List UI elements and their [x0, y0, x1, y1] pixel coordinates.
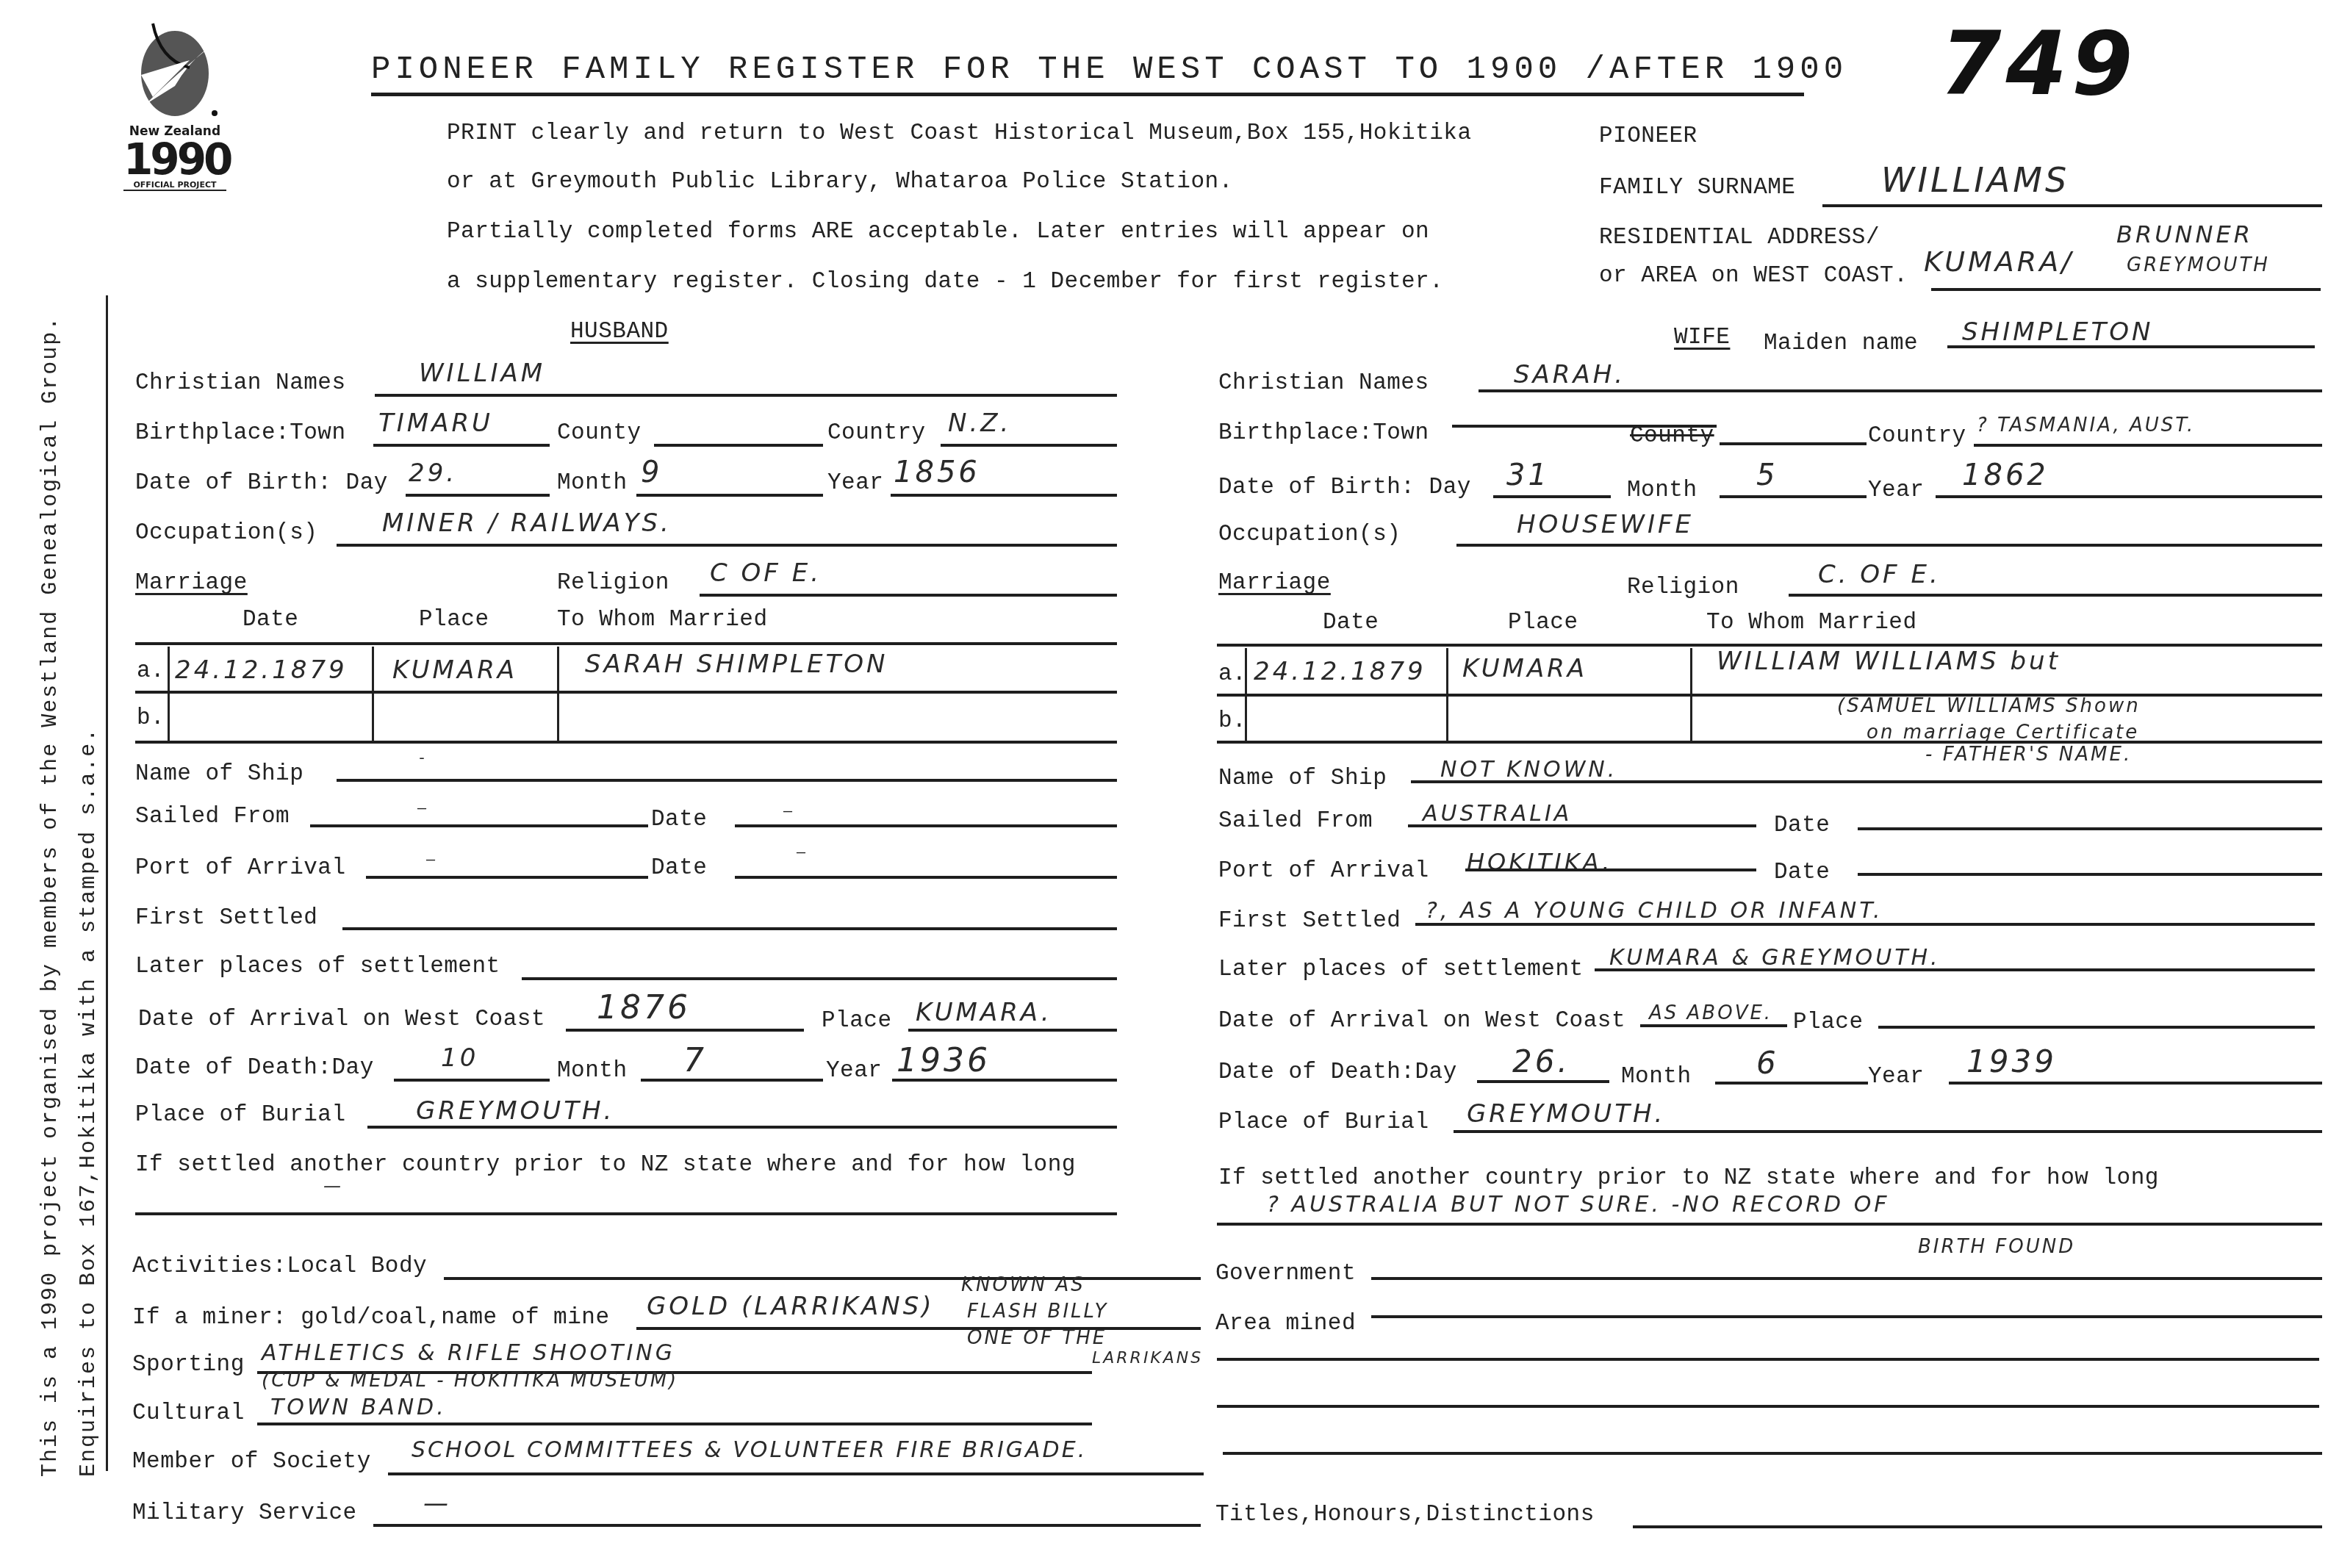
husband-dod-day[interactable]: 10	[441, 1043, 478, 1073]
field-line	[1949, 1082, 2322, 1085]
wife-country[interactable]: ? TASMANIA, AUST.	[1977, 414, 2195, 436]
field-line	[654, 444, 823, 447]
husband-prior-country[interactable]: —	[323, 1176, 344, 1196]
field-line	[891, 494, 1117, 497]
address-label: RESIDENTIAL ADDRESS/	[1599, 225, 1880, 251]
miner-note: KNOWN AS	[961, 1274, 1085, 1296]
field-line	[257, 1423, 1092, 1425]
husband-dod-month[interactable]: 7	[683, 1042, 707, 1079]
address-label: or AREA on WEST COAST.	[1599, 263, 1908, 289]
field-line	[1720, 495, 1867, 498]
husband-dob-month[interactable]: 9	[641, 456, 662, 489]
wife-ship[interactable]: NOT KNOWN.	[1440, 757, 1617, 783]
wife-later-places[interactable]: KUMARA & GREYMOUTH.	[1609, 945, 1941, 971]
wife-arrival-place-label: Place	[1793, 1010, 1864, 1035]
husband-marriage-row-a: a.	[137, 658, 165, 684]
husband-arrival[interactable]: 1876	[597, 989, 691, 1026]
field-line	[1493, 495, 1611, 498]
field-line	[641, 1079, 823, 1082]
wife-maiden-name[interactable]: SHIMPLETON	[1962, 317, 2153, 347]
husband-occupation-label: Occupation(s)	[135, 520, 317, 546]
address-value-extra: BRUNNER	[2116, 220, 2253, 248]
nz-1990-logo: New Zealand 1990 OFFICIAL PROJECT	[123, 16, 226, 191]
field-line	[735, 824, 1117, 827]
surname-label: FAMILY SURNAME	[1599, 175, 1795, 201]
field-line	[522, 977, 1117, 980]
wife-port-label: Port of Arrival	[1218, 858, 1429, 884]
wife-dob-year-label: Year	[1868, 478, 1924, 503]
husband-country[interactable]: N.Z.	[948, 409, 1011, 438]
husband-marriage-spouse[interactable]: SARAH SHIMPLETON	[585, 650, 888, 679]
surname-field-line	[1822, 204, 2322, 207]
husband-ship[interactable]: -	[417, 751, 427, 768]
wife-dob-year[interactable]: 1862	[1962, 458, 2049, 492]
field-line	[373, 444, 550, 447]
husband-dob-day[interactable]: 29.	[409, 458, 457, 488]
wife-dob-month-label: Month	[1627, 478, 1697, 503]
husband-religion[interactable]: C OF E.	[710, 558, 822, 588]
wife-arrival[interactable]: AS ABOVE.	[1649, 1002, 1772, 1024]
field-line	[1858, 873, 2322, 876]
wife-ship-label: Name of Ship	[1218, 766, 1387, 791]
wife-marriage-col-place: Place	[1508, 610, 1578, 636]
wife-maiden-label: Maiden name	[1764, 331, 1918, 356]
field-line	[1789, 594, 2322, 597]
miner-label: If a miner: gold/coal,name of mine	[132, 1305, 610, 1331]
wife-dod-month[interactable]: 6	[1756, 1045, 1779, 1081]
table-line	[135, 741, 1117, 744]
wife-burial-label: Place of Burial	[1218, 1110, 1429, 1135]
wife-marriage-label: Marriage	[1218, 570, 1331, 596]
wife-first-settled-label: First Settled	[1218, 908, 1401, 934]
field-line	[1371, 1315, 2322, 1318]
husband-marriage-label: Marriage	[135, 570, 248, 596]
husband-ship-label: Name of Ship	[135, 761, 303, 787]
husband-marriage-place[interactable]: KUMARA	[392, 655, 517, 685]
society-label: Member of Society	[132, 1449, 371, 1475]
field-line	[1479, 389, 2322, 392]
society[interactable]: SCHOOL COMMITTEES & VOLUNTEER FIRE BRIGA…	[412, 1437, 1087, 1463]
wife-heading: WIFE	[1674, 325, 1730, 350]
wife-marriage-date[interactable]: 24.12.1879	[1254, 657, 1426, 686]
wife-religion-label: Religion	[1627, 575, 1739, 600]
wife-country-label: Country	[1868, 423, 1966, 449]
husband-occupation[interactable]: MINER / RAILWAYS.	[382, 508, 672, 538]
wife-first-settled[interactable]: ?, AS A YOUNG CHILD OR INFANT.	[1426, 898, 1883, 924]
instruction-line: PRINT clearly and return to West Coast H…	[447, 121, 1472, 146]
husband-prior-country-label: If settled another country prior to NZ s…	[135, 1152, 1076, 1178]
husband-dod-year-label: Year	[826, 1058, 882, 1084]
table-line	[135, 642, 1117, 645]
field-line	[1595, 968, 2315, 971]
wife-prior-country-label: If settled another country prior to NZ s…	[1218, 1165, 2159, 1191]
husband-dob-month-label: Month	[557, 470, 628, 496]
field-line	[941, 444, 1117, 447]
table-line	[1217, 741, 2322, 744]
husband-port-date[interactable]: —	[797, 845, 806, 862]
table-line	[135, 691, 1117, 694]
instruction-line: or at Greymouth Public Library, Whataroa…	[447, 169, 1233, 195]
sporting-note: (CUP & MEDAL - HOKITIKA MUSEUM)	[262, 1370, 678, 1392]
husband-marriage-col-date: Date	[242, 607, 298, 633]
wife-marriage-col-spouse: To Whom Married	[1706, 610, 1917, 636]
area-mined-label: Area mined	[1215, 1311, 1356, 1337]
husband-heading: HUSBAND	[570, 319, 669, 345]
wife-dob-day[interactable]: 31	[1506, 458, 1550, 492]
husband-birthplace-label: Birthplace:Town	[135, 420, 346, 446]
wife-christian-names-label: Christian Names	[1218, 370, 1429, 396]
address-field-line	[1931, 288, 2321, 291]
address-value[interactable]: KUMARA/	[1924, 245, 2074, 278]
wife-dod-label: Date of Death:Day	[1218, 1060, 1457, 1085]
instruction-line: Partially completed forms ARE acceptable…	[447, 219, 1429, 245]
wife-marriage-spouse[interactable]: WILLIAM WILLIAMS but	[1717, 647, 2061, 676]
husband-marriage-col-place: Place	[419, 607, 489, 633]
field-line	[1454, 1130, 2322, 1133]
field-line	[1878, 1026, 2315, 1029]
field-line	[1456, 544, 2322, 547]
field-line	[1633, 1525, 2322, 1528]
field-line	[337, 544, 1117, 547]
husband-dob-label: Date of Birth: Day	[135, 470, 388, 496]
titles-label: Titles,Honours,Distinctions	[1215, 1502, 1595, 1528]
wife-county-label: County	[1630, 423, 1714, 449]
wife-marriage-note: - FATHER'S NAME.	[1925, 744, 2132, 766]
husband-sailed-from-label: Sailed From	[135, 804, 290, 830]
mine-name[interactable]: GOLD (LARRIKANS)	[647, 1292, 935, 1321]
husband-dob-year[interactable]: 1856	[894, 456, 980, 489]
husband-sailed-from[interactable]: —	[417, 801, 427, 818]
field-line	[1217, 1223, 2322, 1226]
field-line	[388, 1472, 1204, 1475]
wife-prior-country-note: BIRTH FOUND	[1918, 1236, 2075, 1258]
wife-religion[interactable]: C. OF E.	[1818, 560, 1941, 589]
wife-sailed-date-label: Date	[1774, 813, 1830, 838]
wife-marriage-note: (SAMUEL WILLIAMS Shown	[1837, 695, 2141, 717]
wife-dob-label: Date of Birth: Day	[1218, 475, 1471, 500]
field-line	[367, 1126, 1117, 1129]
wife-occupation[interactable]: HOUSEWIFE	[1517, 510, 1694, 539]
wife-arrival-label: Date of Arrival on West Coast	[1218, 1008, 1625, 1034]
government-label: Government	[1215, 1261, 1356, 1287]
field-line	[735, 876, 1117, 879]
table-line	[1217, 694, 2322, 697]
field-line	[1465, 868, 1756, 871]
field-line	[135, 1212, 1117, 1215]
sidebar-divider	[106, 295, 108, 1471]
husband-christian-names-label: Christian Names	[135, 370, 346, 396]
field-line	[1720, 442, 1867, 445]
husband-sailed-date[interactable]: —	[783, 804, 793, 821]
field-line	[1858, 827, 2322, 830]
wife-birthplace-label: Birthplace:Town	[1218, 420, 1429, 446]
wife-marriage-row-a: a.	[1218, 661, 1246, 687]
miner-note: FLASH BILLY	[967, 1301, 1108, 1323]
sporting-label: Sporting	[132, 1352, 245, 1378]
husband-christian-names[interactable]: WILLIAM	[419, 359, 545, 388]
field-line	[1217, 1358, 2319, 1361]
wife-sailed-from[interactable]: AUSTRALIA	[1423, 801, 1572, 827]
husband-later-places-label: Later places of settlement	[135, 954, 500, 979]
husband-dob-year-label: Year	[827, 470, 883, 496]
cultural[interactable]: TOWN BAND.	[270, 1395, 447, 1420]
husband-burial[interactable]: GREYMOUTH.	[416, 1096, 614, 1126]
military[interactable]: —	[423, 1489, 451, 1518]
field-line	[700, 594, 1117, 597]
husband-dod-month-label: Month	[557, 1058, 628, 1084]
field-line	[1371, 1277, 2322, 1280]
husband-arrival-label: Date of Arrival on West Coast	[138, 1007, 545, 1032]
miner-note: LARRIKANS	[1092, 1349, 1203, 1367]
wife-dod-year[interactable]: 1939	[1966, 1043, 2057, 1079]
husband-port[interactable]: —	[426, 852, 436, 869]
field-line	[1947, 345, 2315, 348]
wife-burial[interactable]: GREYMOUTH.	[1467, 1099, 1665, 1129]
husband-marriage-date[interactable]: 24.12.1879	[175, 655, 348, 685]
husband-marriage-row-b: b.	[137, 705, 165, 731]
husband-marriage-col-spouse: To Whom Married	[557, 607, 768, 633]
cultural-label: Cultural	[132, 1400, 245, 1426]
husband-country-label: Country	[827, 420, 926, 446]
field-line	[1217, 1405, 2319, 1408]
husband-arrival-place-label: Place	[822, 1008, 892, 1034]
field-line	[892, 1079, 1117, 1082]
field-line	[1477, 1080, 1609, 1083]
field-line	[406, 494, 550, 497]
husband-port-label: Port of Arrival	[135, 855, 346, 881]
field-line	[1715, 1082, 1868, 1085]
husband-dod-year[interactable]: 1936	[897, 1042, 991, 1079]
husband-county-label: County	[557, 420, 642, 446]
wife-christian-names[interactable]: SARAH.	[1514, 360, 1625, 389]
local-body-label: Activities:Local Body	[132, 1254, 427, 1279]
nz-1990-bird-logo-icon	[123, 16, 226, 119]
field-line	[1223, 1452, 2322, 1455]
field-line	[636, 494, 823, 497]
wife-sailed-from-label: Sailed From	[1218, 808, 1373, 834]
field-line	[310, 824, 648, 827]
instruction-line: a supplementary register. Closing date -…	[447, 269, 1443, 295]
sidebar-enquiries-note: Enquiries to Box 167,Hokitika with a sta…	[76, 727, 101, 1477]
logo-official: OFFICIAL PROJECT	[123, 180, 226, 191]
husband-burial-label: Place of Burial	[135, 1102, 346, 1128]
table-divider	[557, 647, 559, 741]
field-line	[342, 927, 1117, 930]
logo-year: 1990	[123, 139, 226, 180]
husband-arrival-place[interactable]: KUMARA.	[916, 998, 1052, 1027]
surname-value[interactable]: WILLIAMS	[1881, 160, 2069, 200]
wife-later-places-label: Later places of settlement	[1218, 957, 1584, 982]
field-line	[1640, 1024, 1787, 1027]
husband-port-date-label: Date	[651, 855, 707, 881]
miner-note: ONE OF THE	[967, 1327, 1107, 1349]
wife-dod-day[interactable]: 26.	[1512, 1043, 1570, 1079]
pioneer-label: PIONEER	[1599, 123, 1697, 149]
field-line	[444, 1277, 1201, 1280]
field-line	[394, 1079, 550, 1082]
field-line	[1974, 444, 2322, 447]
sporting[interactable]: ATHLETICS & RIFLE SHOOTING	[262, 1340, 675, 1366]
military-label: Military Service	[132, 1500, 357, 1526]
wife-port-date-label: Date	[1774, 860, 1830, 885]
sidebar-project-note: This is a 1990 project organised by memb…	[38, 316, 63, 1477]
field-line	[908, 1029, 1117, 1032]
husband-dod-label: Date of Death:Day	[135, 1055, 374, 1081]
field-line	[636, 1327, 1201, 1330]
husband-religion-label: Religion	[557, 570, 669, 596]
field-line	[1415, 923, 2315, 926]
husband-sailed-date-label: Date	[651, 807, 707, 832]
wife-dob-month[interactable]: 5	[1756, 458, 1778, 492]
title-underline	[371, 93, 1804, 96]
field-line	[373, 1524, 1201, 1527]
field-line	[1411, 780, 2322, 783]
wife-port[interactable]: HOKITIKA.	[1467, 848, 1612, 876]
wife-marriage-row-b: b.	[1218, 708, 1246, 734]
wife-dod-year-label: Year	[1868, 1064, 1924, 1090]
wife-marriage-place[interactable]: KUMARA	[1462, 654, 1587, 683]
wife-marriage-col-date: Date	[1323, 610, 1379, 636]
wife-prior-country[interactable]: ? AUSTRALIA BUT NOT SURE. -NO RECORD OF	[1267, 1192, 1890, 1218]
table-divider	[168, 647, 170, 741]
field-line	[1936, 495, 2322, 498]
record-number: 749	[1940, 13, 2138, 115]
wife-dod-month-label: Month	[1621, 1064, 1692, 1090]
husband-birthplace-town[interactable]: TIMARU	[378, 409, 493, 438]
wife-occupation-label: Occupation(s)	[1218, 522, 1401, 547]
field-line	[366, 876, 648, 879]
table-divider	[372, 647, 374, 741]
address-value-extra: GREYMOUTH	[2127, 254, 2270, 276]
field-line	[566, 1029, 804, 1032]
page-title: PIONEER FAMILY REGISTER FOR THE WEST COA…	[371, 51, 1847, 88]
husband-first-settled-label: First Settled	[135, 905, 317, 931]
field-line	[1408, 824, 1756, 827]
field-line	[337, 779, 1117, 782]
field-line	[375, 394, 1117, 397]
